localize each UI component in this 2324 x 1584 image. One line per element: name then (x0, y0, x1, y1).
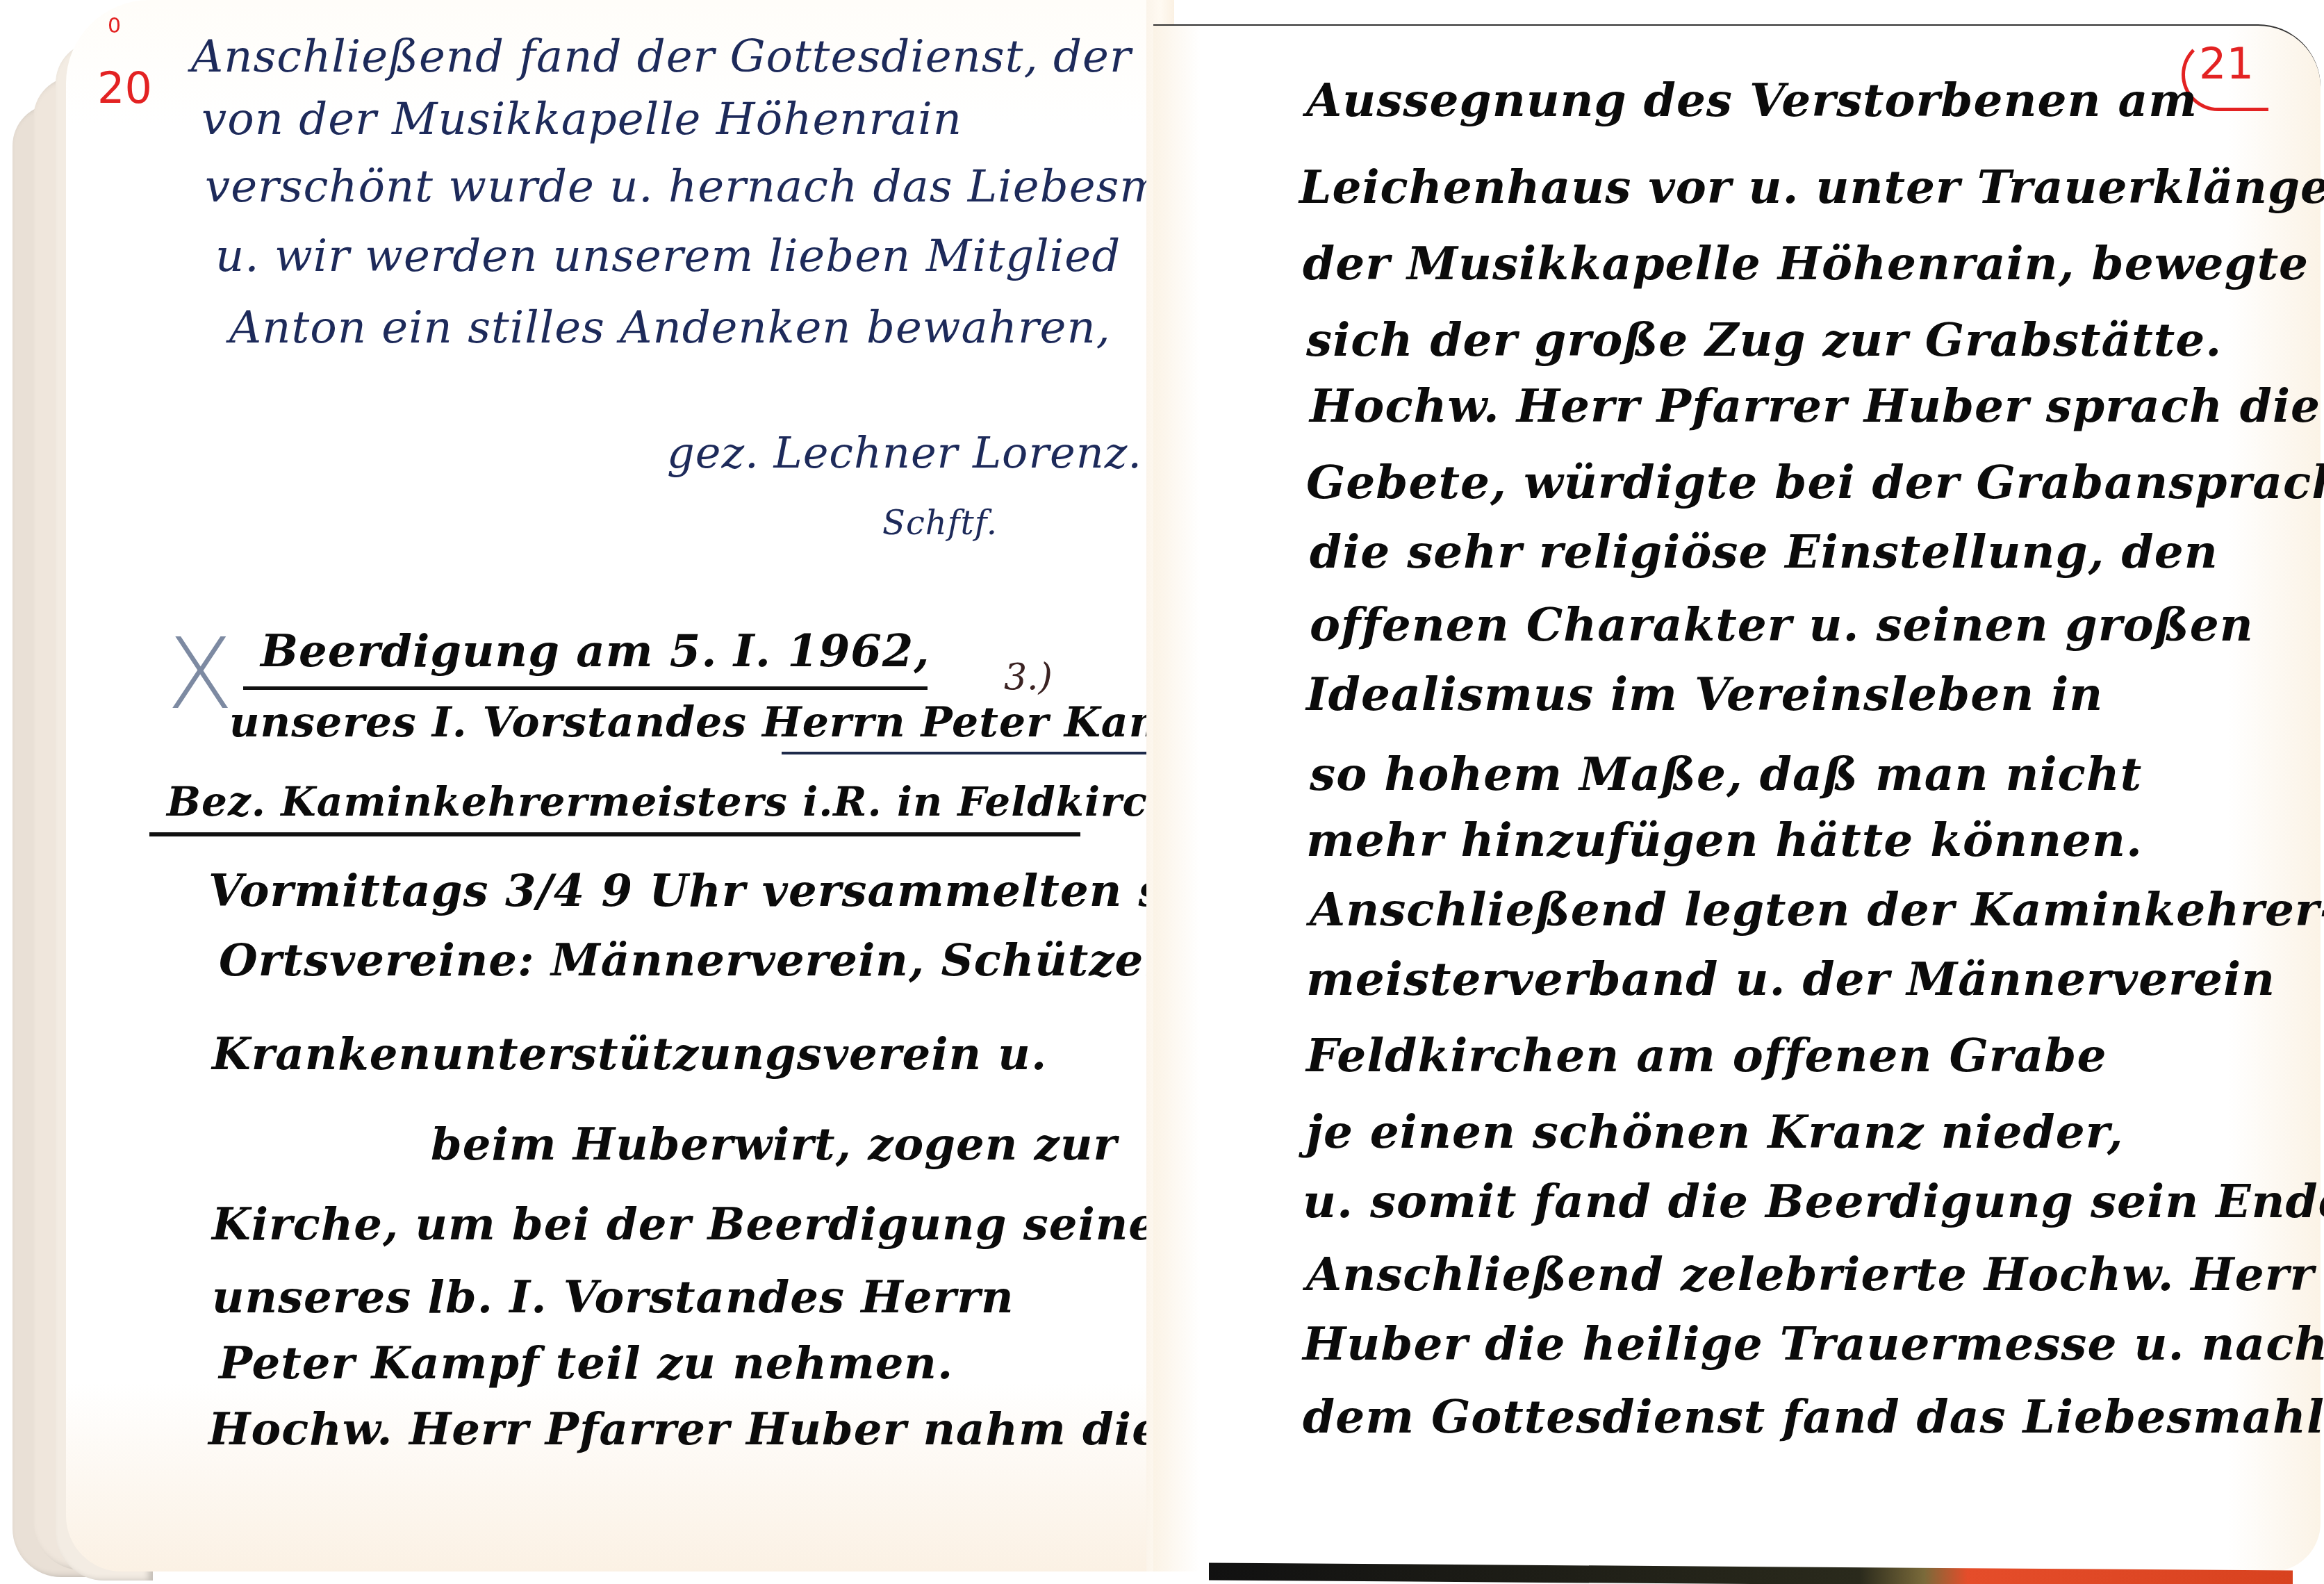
text-line: Hochw. Herr Pfarrer Huber sprach die (1310, 379, 2321, 433)
heading-underline (149, 832, 1080, 836)
text-line: u. somit fand die Beerdigung sein Ende. (1303, 1174, 2324, 1228)
text-line: je einen schönen Kranz nieder, (1306, 1105, 2124, 1159)
text-line: so hohem Maße, daß man nicht (1310, 747, 2142, 801)
entry-heading: unseres I. Vorstandes Herrn Peter Kamm (229, 698, 1219, 747)
text-line: von der Musikkapelle Höhenrain (201, 94, 962, 145)
name-underline (782, 752, 1150, 754)
text-line: der Musikkapelle Höhenrain, bewegte (1303, 236, 2309, 290)
text-line: Aussegnung des Verstorbenen am (1306, 73, 2198, 127)
heading-underline (243, 686, 928, 690)
text-line: Huber die heilige Trauermesse u. nach (1303, 1317, 2324, 1371)
entry-marker: X (167, 618, 233, 732)
page-number-left: 20 (97, 63, 152, 113)
text-line: Anschließend fand der Gottesdienst, der (191, 31, 1132, 83)
text-line: u. wir werden unserem lieben Mitglied (215, 231, 1121, 282)
text-line: meisterverband u. der Männerverein (1306, 952, 2275, 1006)
signature: gez. Lechner Lorenz. (667, 427, 1142, 478)
text-line: Gebete, würdigte bei der Grabansprache (1306, 455, 2324, 509)
text-line: Anton ein stilles Andenken bewahren, (229, 302, 1111, 354)
signature-role: Schftf. (882, 504, 998, 543)
text-line: Anschließend zelebrierte Hochw. Herr Pfa… (1306, 1247, 2324, 1301)
text-line: Idealismus im Vereinsleben in (1306, 667, 2103, 721)
text-line: mehr hinzufügen hätte können. (1306, 813, 2143, 867)
entry-number: 3.) (1004, 657, 1053, 698)
text-line: Krankenunterstützungsverein u. (212, 1028, 1047, 1080)
text-line: sich der große Zug zur Grabstätte. (1306, 313, 2222, 367)
page-number-mark: 0 (108, 14, 121, 38)
text-line: die sehr religiöse Einstellung, den (1310, 525, 2218, 579)
text-line: Leichenhaus vor u. unter Trauerklängen (1299, 160, 2324, 214)
entry-heading: Bez. Kaminkehrermeisters i.R. in Feldkir… (167, 778, 1234, 825)
text-line: Peter Kampf teil zu nehmen. (219, 1337, 953, 1389)
text-line: Anschließend legten der Kaminkehrer- (1310, 882, 2324, 937)
text-line: Feldkirchen am offenen Grabe (1306, 1028, 2107, 1082)
text-line: beim Huberwirt, zogen zur (431, 1119, 1117, 1171)
text-line: Kirche, um bei der Beerdigung seines (212, 1198, 1183, 1251)
text-line: unseres lb. I. Vorstandes Herrn (212, 1271, 1014, 1323)
text-line: Hochw. Herr Pfarrer Huber nahm die (208, 1403, 1161, 1455)
open-notebook: 0 20 Anschließend fand der Gottesdienst,… (0, 0, 2324, 1584)
text-line: dem Gottesdienst fand das Liebesmahl sta… (1303, 1389, 2324, 1444)
page-number-right: 21 (2199, 38, 2254, 89)
text-line: offenen Charakter u. seinen großen (1310, 597, 2254, 652)
entry-heading: Beerdigung am 5. I. 1962, (261, 625, 930, 677)
